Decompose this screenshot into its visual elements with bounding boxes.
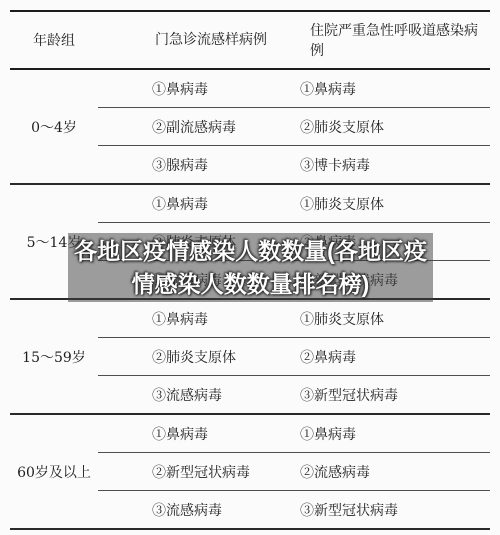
inpatient-rank-1: ①鼻病毒 [290, 79, 490, 99]
header-hospitalized-sari-cases: 住院严重急性呼吸道感染病例 [300, 20, 490, 60]
age-label: 15～59岁 [10, 300, 98, 413]
table-row: ③流感病毒 ③新型冠状病毒 [98, 491, 490, 528]
outpatient-rank-3: ③流感病毒 [98, 385, 290, 405]
table-row: ②肺炎支原体 ②鼻病毒 [98, 338, 490, 376]
header-age-group: 年龄组 [10, 30, 98, 50]
outpatient-rank-1: ①鼻病毒 [98, 424, 290, 444]
table-row: ①鼻病毒 ①肺炎支原体 [98, 300, 490, 338]
watermark-overlay: 各地区疫情感染人数数量(各地区疫 情感染人数数量排名榜) [68, 233, 433, 302]
outpatient-rank-3: ③腺病毒 [98, 155, 290, 175]
inpatient-rank-1: ①肺炎支原体 [290, 309, 490, 329]
table-row: ①鼻病毒 ①肺炎支原体 [98, 185, 490, 223]
table-row: ③流感病毒 ③新型冠状病毒 [98, 376, 490, 413]
inpatient-rank-3: ③新型冠状病毒 [290, 500, 490, 520]
watermark-text-line2: 情感染人数数量排名榜) [132, 268, 370, 301]
watermark-text-line1: 各地区疫情感染人数数量(各地区疫 [74, 235, 427, 268]
inpatient-rank-3: ③博卡病毒 [290, 155, 490, 175]
header-outpatient-label: 门急诊流感样病例 [155, 28, 267, 53]
inpatient-rank-2: ②鼻病毒 [290, 347, 490, 367]
section-rows: ①鼻病毒 ①鼻病毒 ②副流感病毒 ②肺炎支原体 ③腺病毒 ③博卡病毒 [98, 70, 490, 183]
age-label: 60岁及以上 [10, 415, 98, 528]
section-age-15-59: 15～59岁 ①鼻病毒 ①肺炎支原体 ②肺炎支原体 ②鼻病毒 ③流感病毒 ③新型… [10, 300, 490, 415]
table-row: ③腺病毒 ③博卡病毒 [98, 146, 490, 183]
section-age-0-4: 0～4岁 ①鼻病毒 ①鼻病毒 ②副流感病毒 ②肺炎支原体 ③腺病毒 ③博卡病毒 [10, 70, 490, 185]
inpatient-rank-2: ②肺炎支原体 [290, 117, 490, 137]
outpatient-rank-1: ①鼻病毒 [98, 79, 290, 99]
section-rows: ①鼻病毒 ①肺炎支原体 ②肺炎支原体 ②鼻病毒 ③流感病毒 ③新型冠状病毒 [98, 300, 490, 413]
inpatient-rank-2: ②流感病毒 [290, 462, 490, 482]
outpatient-rank-1: ①鼻病毒 [98, 194, 290, 214]
outpatient-rank-1: ①鼻病毒 [98, 309, 290, 329]
section-age-60-plus: 60岁及以上 ①鼻病毒 ①鼻病毒 ②新型冠状病毒 ②流感病毒 ③流感病毒 ③新型… [10, 415, 490, 530]
age-label: 0～4岁 [10, 70, 98, 183]
table-row: ①鼻病毒 ①鼻病毒 [98, 70, 490, 108]
table-row: ②新型冠状病毒 ②流感病毒 [98, 453, 490, 491]
inpatient-rank-1: ①肺炎支原体 [290, 194, 490, 214]
inpatient-rank-1: ①鼻病毒 [290, 424, 490, 444]
section-rows: ①鼻病毒 ①鼻病毒 ②新型冠状病毒 ②流感病毒 ③流感病毒 ③新型冠状病毒 [98, 415, 490, 528]
table-header-row: 年龄组 门急诊流感样病例 住院严重急性呼吸道感染病例 [10, 10, 490, 70]
outpatient-rank-3: ③流感病毒 [98, 500, 290, 520]
header-outpatient-ili-cases: 门急诊流感样病例 [98, 28, 300, 53]
outpatient-rank-2: ②肺炎支原体 [98, 347, 290, 367]
outpatient-rank-2: ②新型冠状病毒 [98, 462, 290, 482]
table-row: ①鼻病毒 ①鼻病毒 [98, 415, 490, 453]
outpatient-rank-2: ②副流感病毒 [98, 117, 290, 137]
inpatient-rank-3: ③新型冠状病毒 [290, 385, 490, 405]
table-row: ②副流感病毒 ②肺炎支原体 [98, 108, 490, 146]
page: 年龄组 门急诊流感样病例 住院严重急性呼吸道感染病例 0～4岁 ①鼻病毒 ①鼻病… [0, 0, 500, 535]
